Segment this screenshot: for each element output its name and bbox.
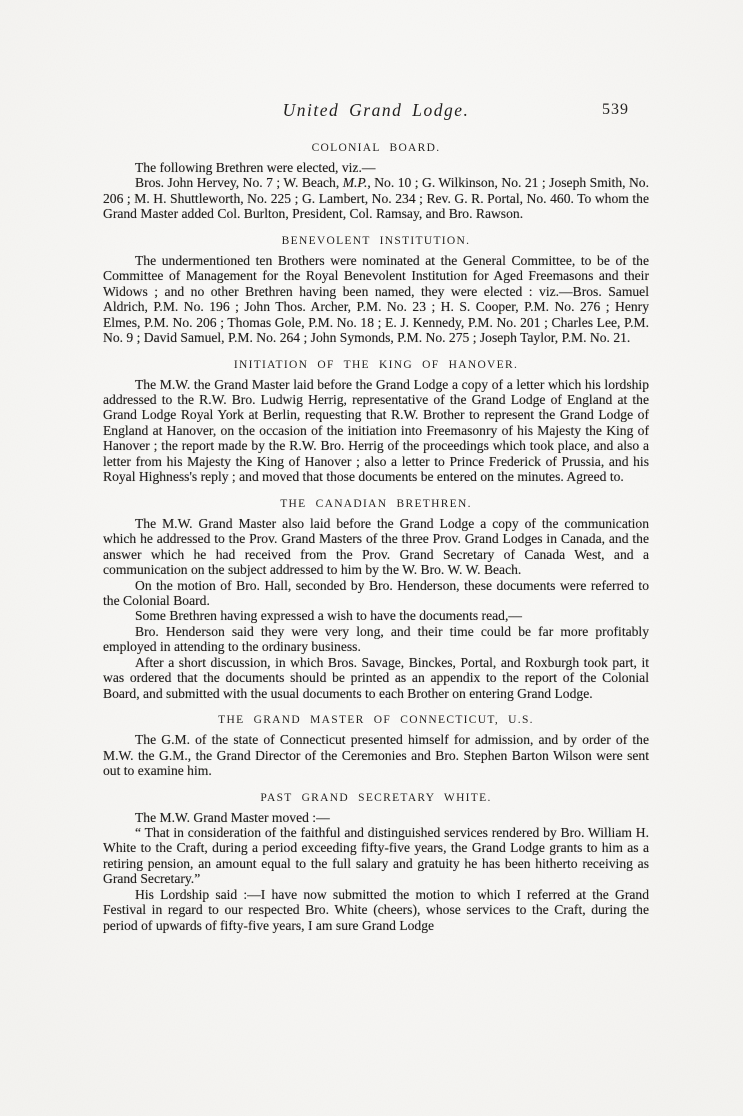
- paragraph: The following Brethren were elected, viz…: [103, 160, 649, 175]
- section-heading-grand-master-connecticut: THE GRAND MASTER OF CONNECTICUT, U.S.: [103, 714, 649, 726]
- section-heading-benevolent-institution: BENEVOLENT INSTITUTION.: [103, 235, 649, 247]
- section-heading-past-grand-secretary-white: PAST GRAND SECRETARY WHITE.: [103, 792, 649, 804]
- text-block: United Grand Lodge. 539 COLONIAL BOARD. …: [103, 100, 649, 933]
- elected-list-pre: Bros. John Hervey, No. 7 ; W. Beach,: [135, 175, 343, 190]
- section-heading-colonial-board: COLONIAL BOARD.: [103, 142, 649, 154]
- paragraph: After a short discussion, in which Bros.…: [103, 655, 649, 701]
- running-header-title: United Grand Lodge.: [103, 100, 649, 121]
- paragraph: The G.M. of the state of Connecticut pre…: [103, 732, 649, 778]
- paragraph: Bros. John Hervey, No. 7 ; W. Beach, M.P…: [103, 175, 649, 221]
- paragraph: The undermentioned ten Brothers were nom…: [103, 253, 649, 346]
- page-number: 539: [602, 101, 629, 119]
- paragraph: Some Brethren having expressed a wish to…: [103, 608, 649, 623]
- paragraph: The M.W. the Grand Master laid before th…: [103, 377, 649, 485]
- section-heading-initiation-king-hanover: INITIATION OF THE KING OF HANOVER.: [103, 359, 649, 371]
- paragraph: On the motion of Bro. Hall, seconded by …: [103, 578, 649, 609]
- paragraph: His Lordship said :—I have now submitted…: [103, 887, 649, 933]
- elected-list-italic: M.P.: [343, 175, 368, 190]
- paragraph: The M.W. Grand Master also laid before t…: [103, 516, 649, 578]
- running-header: United Grand Lodge. 539: [103, 100, 649, 126]
- paragraph: The M.W. Grand Master moved :—: [103, 810, 649, 825]
- paragraph: “ That in consideration of the faithful …: [103, 825, 649, 887]
- paragraph: Bro. Henderson said they were very long,…: [103, 624, 649, 655]
- scanned-book-page: United Grand Lodge. 539 COLONIAL BOARD. …: [0, 0, 743, 1116]
- section-heading-canadian-brethren: THE CANADIAN BRETHREN.: [103, 498, 649, 510]
